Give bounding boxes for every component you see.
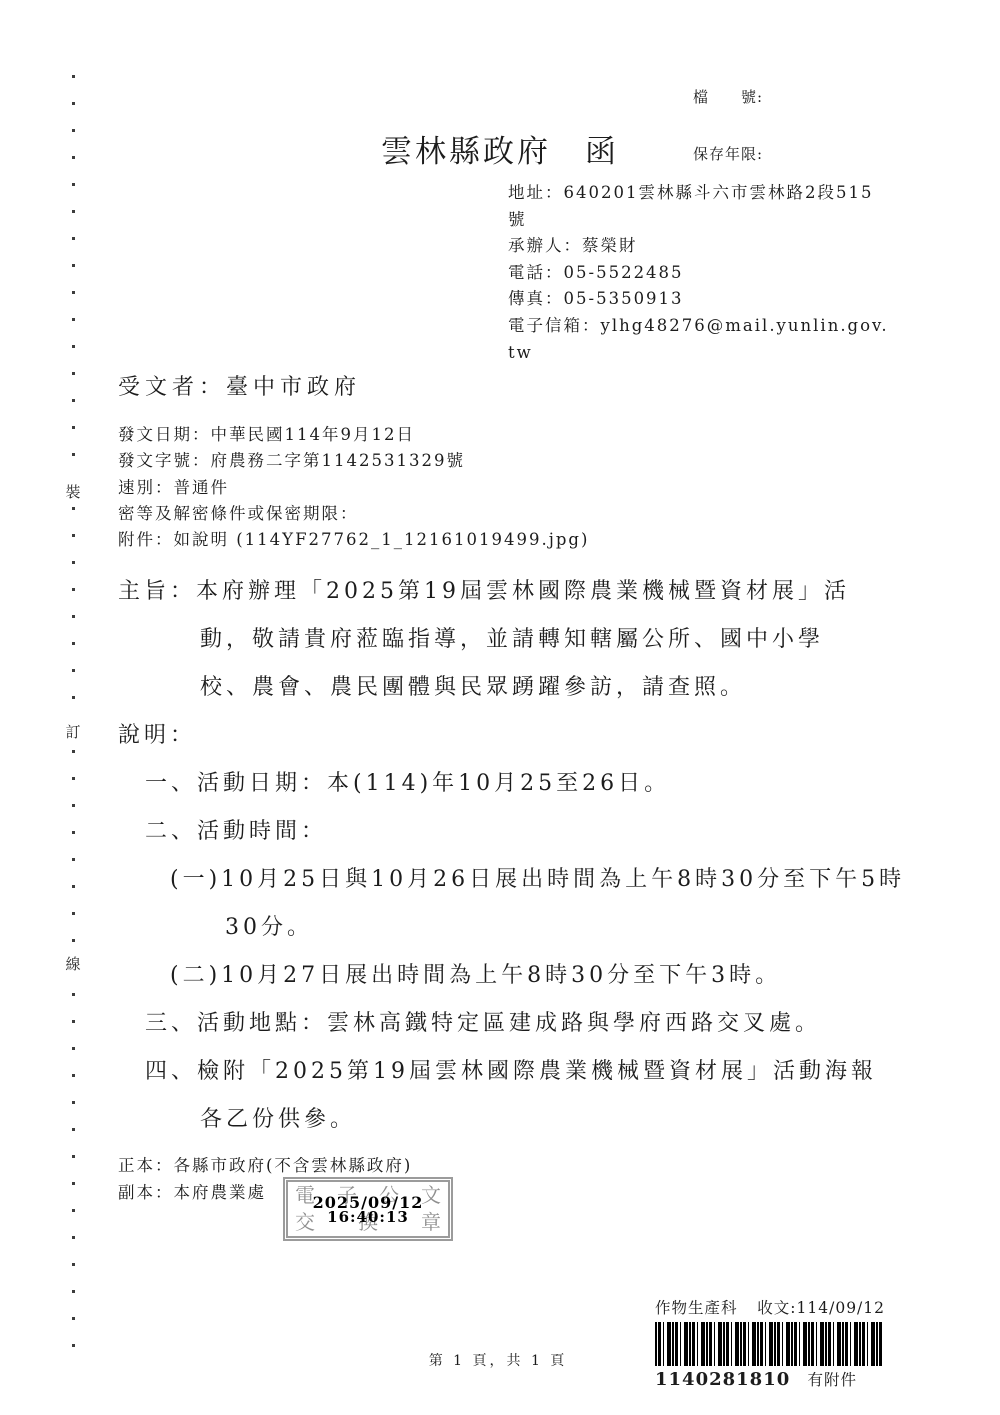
- stamp-time: 16:40:13: [327, 1210, 409, 1224]
- explanation-item-2-2: (二)10月27日展出時間為上午8時30分至下午3時。: [170, 952, 918, 1000]
- sender-address-line1: 地址：640201雲林縣斗六市雲林路2段515: [508, 180, 908, 207]
- explanation-item-4-cont: 各乙份供參。: [200, 1096, 918, 1144]
- receipt-number: 1140281810: [655, 1369, 790, 1390]
- recipient-line: 受文者：臺中市政府: [118, 370, 361, 401]
- sender-email-line2: tw: [508, 340, 908, 367]
- stamp-datetime-overlay: 2025/09/12 16:40:13: [288, 1182, 448, 1236]
- receipt-attachment-flag: 有附件: [807, 1368, 857, 1390]
- binding-char-ding: 訂: [60, 718, 86, 745]
- explanation-heading: 說明：: [118, 712, 918, 760]
- classification-line: 密等及解密條件或保密期限：: [118, 501, 589, 527]
- receipt-header: 作物生產科 收文:114/09/12: [655, 1296, 885, 1318]
- document-title: 雲林縣政府 函: [0, 126, 1000, 171]
- sender-phone: 電話：05-5522485: [508, 260, 908, 287]
- sender-contact-block: 地址：640201雲林縣斗六市雲林路2段515 號 承辦人：蔡榮財 電話：05-…: [508, 180, 908, 366]
- subject-line-3: 校、農會、農民團體與民眾踴躍參訪，請查照。: [200, 664, 918, 712]
- sender-fax: 傳真：05-5350913: [508, 286, 908, 313]
- document-page: 裝 訂 線 檔 號: 保存年限: 雲林縣政府 函 地址：640201雲林縣斗六市…: [0, 0, 1000, 1415]
- explanation-item-3: 三、活動地點：雲林高鐵特定區建成路與學府西路交叉處。: [145, 1000, 918, 1048]
- explanation-item-2: 二、活動時間：: [145, 808, 918, 856]
- explanation-item-2-1: (一)10月25日與10月26日展出時間為上午8時30分至下午5時: [170, 856, 918, 904]
- receipt-footer: 1140281810 有附件: [655, 1368, 885, 1390]
- sender-address-line2: 號: [508, 207, 908, 234]
- subject-line-1: 主旨：本府辦理「2025第19屆雲林國際農業機械暨資材展」活: [118, 568, 918, 616]
- file-number-label: 檔 號:: [693, 88, 763, 107]
- attachment-line: 附件：如說明 (114YF27762_1_12161019499.jpg): [118, 527, 589, 553]
- subject-line-2: 動，敬請貴府蒞臨指導，並請轉知轄屬公所、國中小學: [200, 616, 918, 664]
- original-copy-line: 正本：各縣市政府(不含雲林縣政府): [118, 1152, 412, 1179]
- document-meta-block: 發文日期：中華民國114年9月12日 發文字號：府農務二字第1142531329…: [118, 422, 589, 553]
- issue-date-line: 發文日期：中華民國114年9月12日: [118, 422, 589, 448]
- sender-email-line1: 電子信箱：ylhg48276@mail.yunlin.gov.: [508, 313, 908, 340]
- receipt-barcode: [655, 1322, 883, 1366]
- explanation-item-2-1-cont: 30分。: [225, 904, 918, 952]
- priority-line: 速別：普通件: [118, 475, 589, 501]
- receipt-date: 收文:114/09/12: [757, 1296, 885, 1318]
- binding-char-zhuang: 裝: [60, 478, 86, 505]
- explanation-item-1: 一、活動日期：本(114)年10月25至26日。: [145, 760, 918, 808]
- receipt-stamp: 作物生產科 收文:114/09/12 1140281810 有附件: [655, 1296, 885, 1390]
- electronic-exchange-stamp: 電 子 公 文 交 換 章 2025/09/12 16:40:13: [283, 1177, 453, 1241]
- document-body: 主旨：本府辦理「2025第19屆雲林國際農業機械暨資材展」活 動，敬請貴府蒞臨指…: [118, 568, 918, 1144]
- binding-char-xian: 線: [60, 950, 86, 977]
- page-number-footer: 第 1 頁，共 1 頁: [378, 1350, 618, 1370]
- sender-contact-person: 承辦人：蔡榮財: [508, 233, 908, 260]
- receipt-department: 作物生產科: [655, 1296, 738, 1318]
- reference-number-line: 發文字號：府農務二字第1142531329號: [118, 448, 589, 474]
- explanation-item-4: 四、檢附「2025第19屆雲林國際農業機械暨資材展」活動海報: [145, 1048, 918, 1096]
- binding-dotted-line: [72, 75, 75, 1347]
